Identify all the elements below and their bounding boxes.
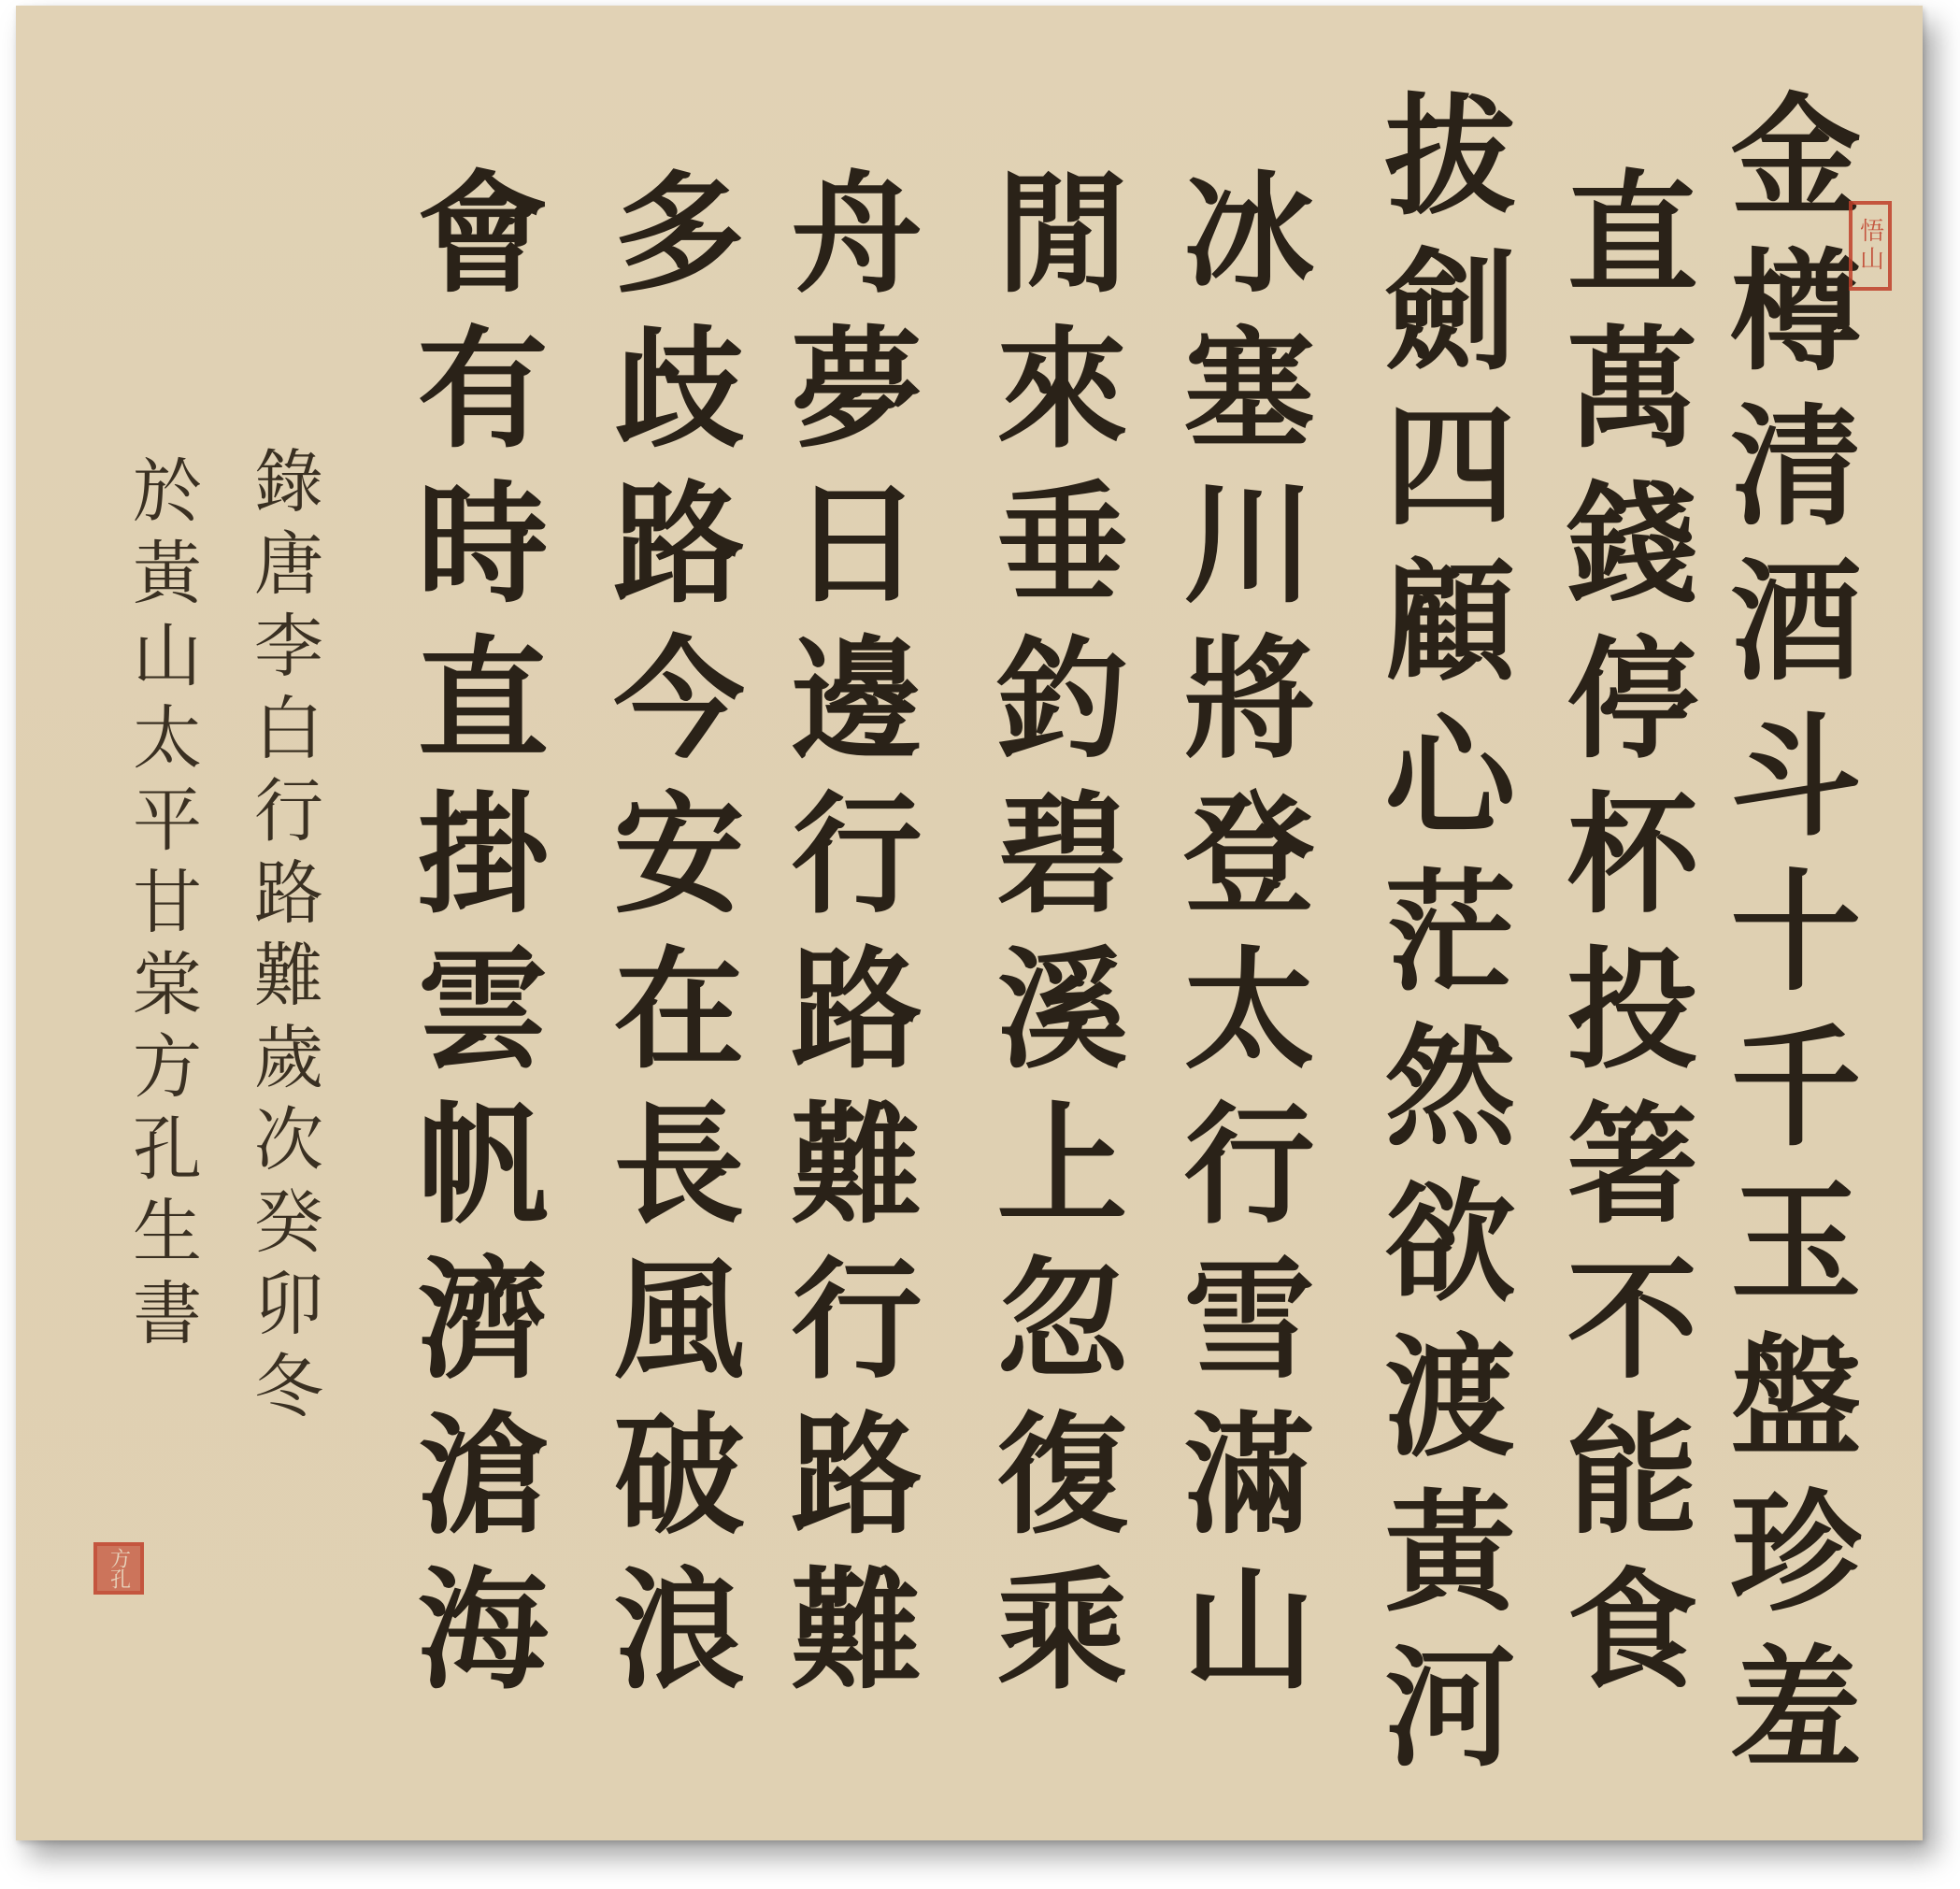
- poem-column-3: 拔劍四顧心茫然欲渡黃河: [1346, 71, 1505, 1810]
- inscription-column-2: 於黃山太平甘棠方孔生書: [103, 454, 196, 1359]
- poem-column-6: 舟夢日邊行路難行路難: [752, 71, 911, 1810]
- seal-top-text: 悟山: [1853, 218, 1888, 274]
- inscription-column-1: 錄唐李白行路難歲次癸卯冬: [224, 445, 318, 1432]
- seal-bottom-text: 方孔: [105, 1548, 134, 1589]
- seal-top-right-icon: 悟山: [1849, 201, 1892, 291]
- seal-bottom-left-icon: 方孔: [93, 1542, 144, 1595]
- poem-column-2: 直萬錢停杯投箸不能食: [1528, 71, 1687, 1810]
- poem-column-1: 金樽清酒斗十千玉盤珍羞: [1692, 71, 1851, 1810]
- poem-column-4: 冰塞川將登太行雪滿山: [1145, 71, 1304, 1810]
- poem-column-5: 閒來垂釣碧溪上忽復乘: [958, 71, 1117, 1810]
- poem-column-8: 會有時直掛雲帆濟滄海: [379, 71, 537, 1810]
- calligraphy-paper: 金樽清酒斗十千玉盤珍羞 直萬錢停杯投箸不能食 拔劍四顧心茫然欲渡黃河 冰塞川將登…: [16, 6, 1923, 1840]
- poem-column-7: 多歧路今安在長風破浪: [575, 71, 734, 1810]
